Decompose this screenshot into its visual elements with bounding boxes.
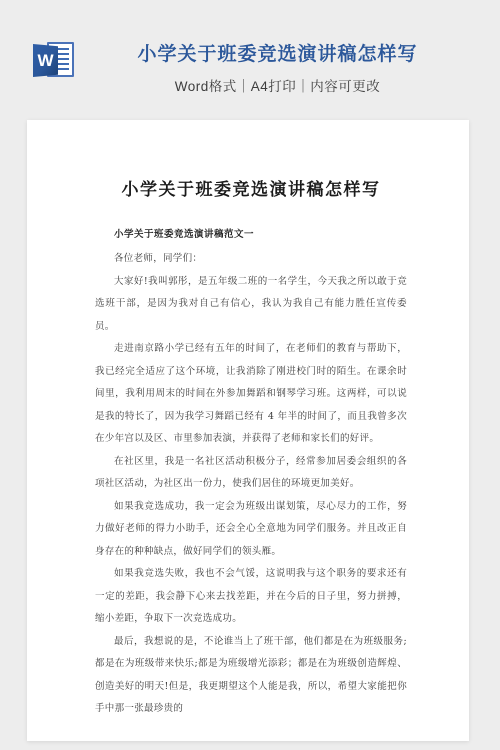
paragraph: 在社区里，我是一名社区活动积极分子，经常参加居委会组织的各项社区活动，为社区出一… (95, 451, 407, 496)
page-subtitle: Word格式｜A4打印｜内容可更改 (55, 75, 500, 95)
document-page: 小学关于班委竞选演讲稿怎样写 小学关于班委竞选演讲稿范文一 各位老师，同学们： … (27, 120, 469, 741)
document-subheading: 小学关于班委竞选演讲稿范文一 (95, 228, 407, 242)
paragraph: 如果我竞选失败，我也不会气馁，这说明我与这个职务的要求还有一定的差距，我会静下心… (95, 563, 407, 631)
paragraph-salutation: 各位老师，同学们： (95, 248, 407, 271)
document-title: 小学关于班委竞选演讲稿怎样写 (95, 178, 407, 202)
page-title: 小学关于班委竞选演讲稿怎样写 (55, 42, 500, 68)
paragraph: 如果我竞选成功，我一定会为班级出谋划策，尽心尽力的工作，努力做好老师的得力小助手… (95, 496, 407, 564)
document-body: 各位老师，同学们： 大家好!我叫郭彤，是五年级二班的一名学生，今天我之所以敢于竞… (95, 248, 407, 721)
header: W 小学关于班委竞选演讲稿怎样写 Word格式｜A4打印｜内容可更改 (0, 0, 500, 120)
paragraph: 大家好!我叫郭彤，是五年级二班的一名学生，今天我之所以敢于竞选班干部，是因为我对… (95, 271, 407, 339)
header-text: 小学关于班委竞选演讲稿怎样写 Word格式｜A4打印｜内容可更改 (55, 42, 500, 95)
paragraph: 走进南京路小学已经有五年的时间了，在老师们的教育与帮助下，我已经完全适应了这个环… (95, 338, 407, 451)
paragraph: 最后，我想说的是，不论谁当上了班干部，他们都是在为班级服务;都是在为班级带来快乐… (95, 631, 407, 721)
